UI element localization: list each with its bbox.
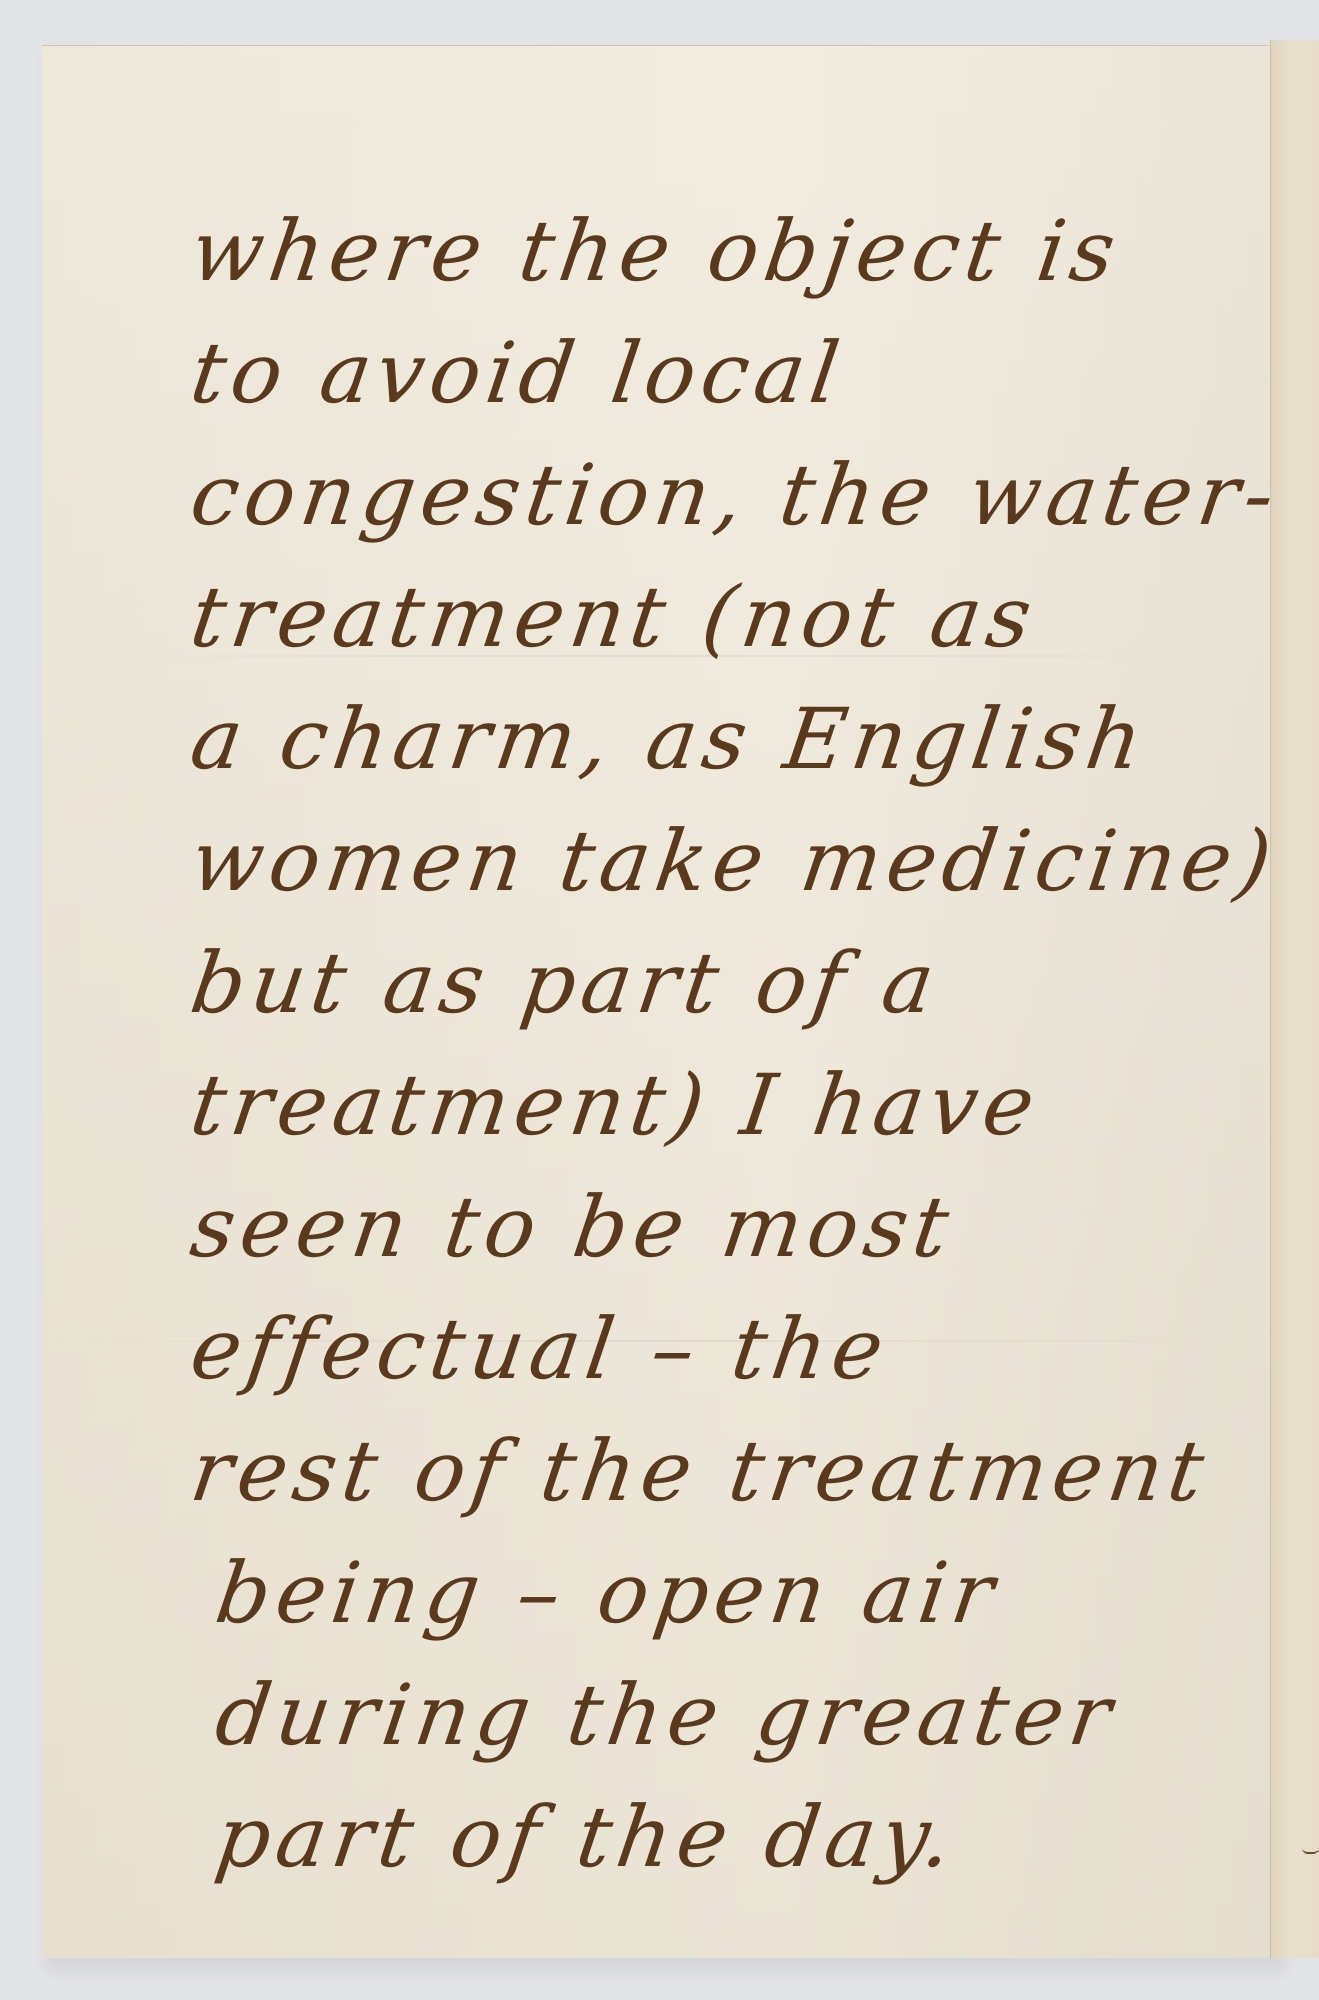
text-line: a charm, as English: [183, 678, 1260, 800]
text-line: seen to be most: [183, 1166, 1260, 1288]
text-line: during the greater: [183, 1654, 1260, 1776]
text-line: effectual – the: [183, 1288, 1260, 1410]
text-line: treatment (not as: [183, 556, 1260, 678]
text-line: rest of the treatment: [183, 1410, 1260, 1532]
handwritten-text: where the object is to avoid local conge…: [192, 190, 1252, 1898]
text-line: where the object is: [183, 190, 1260, 312]
letter-page: where the object is to avoid local conge…: [42, 45, 1270, 1958]
text-line: being – open air: [183, 1532, 1260, 1654]
adjacent-page-edge: [1270, 40, 1319, 1958]
text-line: but as part of a: [183, 922, 1260, 1044]
text-line: congestion, the water-: [183, 434, 1260, 556]
text-line: to avoid local: [183, 312, 1260, 434]
text-line: treatment) I have: [183, 1044, 1260, 1166]
text-line: women take medicine): [183, 800, 1260, 922]
text-line: part of the day.: [183, 1776, 1260, 1898]
